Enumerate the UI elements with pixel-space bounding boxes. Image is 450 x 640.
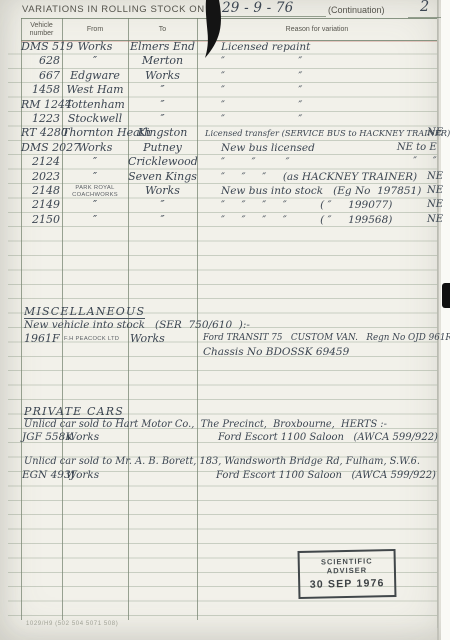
- vehicle-number: 1223: [21, 112, 60, 126]
- page-number: 2: [420, 0, 429, 15]
- reason-note: NE: [371, 213, 443, 227]
- column-header-reason: Reason for variation: [197, 19, 437, 40]
- vehicle-number: 2124: [21, 155, 60, 169]
- to-cell: ″: [128, 98, 197, 112]
- table-row: DMS 2027WorksPutneyNew bus licensedNE to…: [21, 141, 437, 155]
- to-cell: Kingston: [128, 126, 197, 140]
- reason-note: [371, 69, 443, 83]
- from-cell: Works: [62, 40, 128, 54]
- private-car-sale-line: Unlicd car sold to Mr. A. B. Borett, 183…: [24, 456, 420, 467]
- table-row: 1223Stockwell″″ ″: [21, 112, 437, 126]
- from-cell: Works: [62, 141, 128, 155]
- from-cell: ″: [62, 170, 128, 184]
- misc-description: Ford TRANSIT 75 CUSTOM VAN. Regn No OJD …: [203, 333, 450, 343]
- vehicle-number: RT 4280: [21, 126, 60, 140]
- miscellaneous-intro: New vehicle into stock (SER 750/610 ):-: [24, 319, 250, 331]
- column-header-vehicle-number: Vehicle number: [21, 19, 62, 40]
- ink-blob-mark: [196, 0, 230, 62]
- to-cell: Elmers End: [128, 40, 197, 54]
- to-cell: Works: [128, 184, 197, 198]
- vehicle-number: DMS 519: [21, 40, 60, 54]
- vehicle-number: 2150: [21, 213, 60, 227]
- to-cell: Putney: [128, 141, 197, 155]
- private-car-from: Works: [66, 469, 99, 481]
- column-header-to: To: [128, 19, 197, 40]
- stock-rows: DMS 519WorksElmers EndLicensed repaint62…: [21, 40, 437, 227]
- misc-vehicle-number: 1961F: [24, 332, 60, 345]
- reason-note: ″ ″: [371, 155, 443, 169]
- from-cell: ″: [62, 54, 128, 68]
- from-cell: Thornton Heath: [62, 126, 128, 140]
- vehicle-number: 2023: [21, 170, 60, 184]
- reason-note: NE: [371, 170, 443, 184]
- to-cell: Seven Kings: [128, 170, 197, 184]
- scan-edge-mark: [442, 283, 450, 308]
- vehicle-number: 628: [21, 54, 60, 68]
- date-value: 29 - 9 - 76: [222, 0, 293, 16]
- private-car-sale-line: Unlicd car sold to Hart Motor Co., The P…: [24, 419, 387, 430]
- table-row: 2148PARK ROYAL COACHWORKSWorksNew bus in…: [21, 184, 437, 198]
- ledger-paper: VARIATIONS IN ROLLING STOCK ON 29 - 9 - …: [0, 0, 441, 640]
- page-title: VARIATIONS IN ROLLING STOCK ON: [22, 4, 205, 15]
- page-number-underline: [408, 17, 441, 18]
- reason-note: [371, 40, 443, 54]
- to-cell: ″: [128, 83, 197, 97]
- misc-from: Works: [130, 332, 165, 345]
- vehicle-number: 1458: [21, 83, 60, 97]
- from-cell: ″: [62, 155, 128, 169]
- from-cell: Tottenham: [62, 98, 128, 112]
- miscellaneous-heading: MISCELLANEOUS: [24, 305, 145, 319]
- table-row: 2149″″″ ″ ″ ″ ( ″ 199077)NE: [21, 198, 437, 212]
- stamp-date: 30 SEP 1976: [300, 577, 394, 591]
- to-cell: ″: [128, 198, 197, 212]
- continuation-label: (Continuation): [328, 5, 385, 15]
- vehicle-number: DMS 2027: [21, 141, 60, 155]
- private-cars-heading: PRIVATE CARS: [24, 405, 124, 419]
- to-cell: Cricklewood: [128, 155, 197, 169]
- table-row: 2150″″″ ″ ″ ″ ( ″ 199568)NE: [21, 213, 437, 227]
- vehicle-number: RM 1244: [21, 98, 60, 112]
- from-cell: Stockwell: [62, 112, 128, 126]
- from-cell: West Ham: [62, 83, 128, 97]
- table-row: RM 1244Tottenham″″ ″: [21, 98, 437, 112]
- private-car-detail: Ford Escort 1100 Saloon (AWCA 599/922): [218, 432, 438, 443]
- from-cell: ″: [62, 198, 128, 212]
- private-car-detail: Ford Escort 1100 Saloon (AWCA 599/922): [216, 470, 436, 481]
- private-car-from: Works: [66, 431, 99, 443]
- vehicle-number: 2148: [21, 184, 60, 198]
- vehicle-number: 667: [21, 69, 60, 83]
- to-cell: ″: [128, 112, 197, 126]
- column-header-from: From: [62, 19, 128, 40]
- reason-note: NE: [371, 126, 443, 140]
- reason-note: [371, 112, 443, 126]
- table-row: RT 4280Thornton HeathKingstonLicensed tr…: [21, 126, 437, 140]
- reason-note: NE: [371, 184, 443, 198]
- table-row: 1458West Ham″″ ″: [21, 83, 437, 97]
- misc-chassis: Chassis No BDOSSK 69459: [203, 346, 349, 358]
- reason-note: [371, 98, 443, 112]
- stamp-title-line2: ADVISER: [300, 565, 394, 576]
- reason-note: [371, 83, 443, 97]
- form-reference-number: 1029/H9 (502 504 5071 508): [26, 621, 118, 627]
- supplier-stamp: F.H PEACOCK LTD: [64, 336, 126, 342]
- from-cell: ″: [62, 213, 128, 227]
- vehicle-number: 2149: [21, 198, 60, 212]
- table-row: 2023″Seven Kings″ ″ ″ (as HACKNEY TRAINE…: [21, 170, 437, 184]
- reason-note: [371, 54, 443, 68]
- scanned-page: VARIATIONS IN ROLLING STOCK ON 29 - 9 - …: [0, 0, 450, 640]
- reason-note: NE to E: [371, 141, 443, 155]
- table-row: 667EdgwareWorks″ ″: [21, 69, 437, 83]
- to-cell: Merton: [128, 54, 197, 68]
- to-cell: Works: [128, 69, 197, 83]
- to-cell: ″: [128, 213, 197, 227]
- from-cell: Edgware: [62, 69, 128, 83]
- reason-note: NE: [371, 198, 443, 212]
- scientific-adviser-stamp: SCIENTIFIC ADVISER 30 SEP 1976: [298, 549, 397, 599]
- table-row: 2124″Cricklewood″ ″ ″″ ″: [21, 155, 437, 169]
